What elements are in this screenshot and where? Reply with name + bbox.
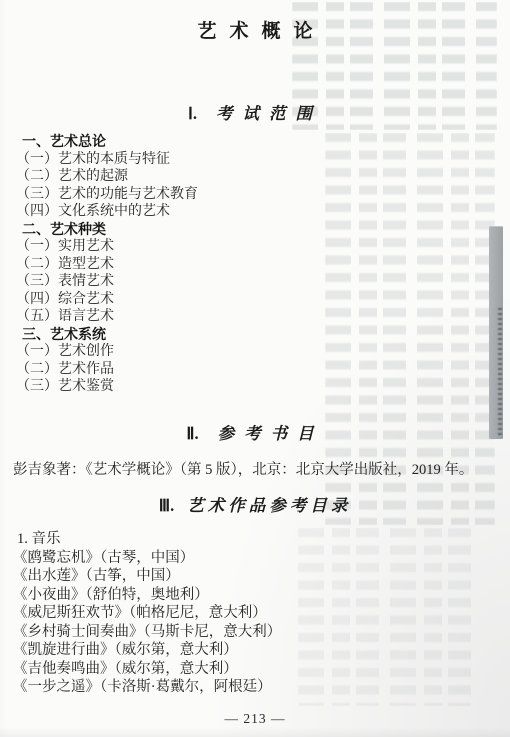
outline-item-text: （五）语言艺术 <box>16 309 114 324</box>
outline-item: （三）表情艺术 <box>0 273 510 291</box>
outline-item-text: （一）艺术的本质与特征 <box>16 152 170 167</box>
section-heading-bibliography: Ⅱ.参考书目 <box>0 420 510 444</box>
outline-item: （一）艺术创作 <box>0 343 510 361</box>
outline-item-text: （二）艺术的起源 <box>16 169 128 184</box>
work-item: 《出水莲》（古筝，中国） <box>0 567 510 586</box>
outline-item-text: （三）艺术的功能与艺术教育 <box>16 187 198 202</box>
outline-item-text: 一、艺术总论 <box>22 133 106 149</box>
outline-item: （二）造型艺术 <box>0 256 510 274</box>
outline-item-text: （一）实用艺术 <box>16 239 114 254</box>
outline-item: （一）实用艺术 <box>0 238 510 256</box>
outline-item-text: （二）艺术作品 <box>16 362 114 377</box>
section-numeral: Ⅲ. <box>159 496 175 515</box>
outline-item: （三）艺术的功能与艺术教育 <box>0 186 510 204</box>
work-item: 《一步之遥》（卡洛斯·葛戴尔，阿根廷） <box>0 678 510 697</box>
outline-item-text: 二、艺术种类 <box>22 221 106 237</box>
work-item: 《小夜曲》（舒伯特，奥地利） <box>0 586 510 605</box>
page-edge-tab-text-marks <box>498 308 502 435</box>
section-heading-exam-scope: Ⅰ.考试范围 <box>0 100 510 124</box>
work-item: 《吉他奏鸣曲》（威尔第，意大利） <box>0 660 510 679</box>
outline-item-text: （三）艺术鉴赏 <box>16 379 114 394</box>
outline-item-text: （四）文化系统中的艺术 <box>16 204 170 219</box>
chapter-title: 艺术概论 <box>0 16 510 43</box>
outline-item-text: （一）艺术创作 <box>16 344 114 359</box>
work-item: 《鸥鹭忘机》（古琴，中国） <box>0 549 510 568</box>
bibliography-line: 彭吉象著：《艺术学概论》（第 5 版），北京：北京大学出版社，2019 年。 <box>13 458 473 479</box>
page-edge-tab <box>489 226 503 439</box>
outline-item: 一、艺术总论 <box>0 133 510 151</box>
work-item: 《威尼斯狂欢节》（帕格尼尼，意大利） <box>0 604 510 623</box>
section-numeral: Ⅰ. <box>188 104 197 123</box>
section-heading-works-catalog: Ⅲ.艺术作品参考目录 <box>0 492 510 516</box>
outline-item-text: （四）综合艺术 <box>16 292 114 307</box>
exam-scope-outline: 一、艺术总论 （一）艺术的本质与特征 （二）艺术的起源 （三）艺术的功能与艺术教… <box>0 133 510 396</box>
outline-item: （二）艺术作品 <box>0 361 510 379</box>
outline-item: （三）艺术鉴赏 <box>0 378 510 396</box>
section-numeral: Ⅱ. <box>186 424 198 443</box>
outline-item: 三、艺术系统 <box>0 326 510 344</box>
section-heading-text: 参考书目 <box>208 424 324 443</box>
outline-item: 二、艺术种类 <box>0 221 510 239</box>
outline-item: （一）艺术的本质与特征 <box>0 151 510 169</box>
outline-item: （五）语言艺术 <box>0 308 510 326</box>
section-heading-text: 考试范围 <box>206 104 322 123</box>
work-item: 《凯旋进行曲》（威尔第，意大利） <box>0 641 510 660</box>
outline-item-text: （二）造型艺术 <box>16 257 114 272</box>
works-catalog: 1. 音乐 《鸥鹭忘机》（古琴，中国） 《出水莲》（古筝，中国） 《小夜曲》（舒… <box>0 530 510 697</box>
outline-item: （四）文化系统中的艺术 <box>0 203 510 221</box>
outline-item: （四）综合艺术 <box>0 291 510 309</box>
page-number: — 213 — <box>0 711 510 727</box>
outline-item-text: （三）表情艺术 <box>16 274 114 289</box>
outline-item-text: 三、艺术系统 <box>22 326 106 342</box>
works-category-label: 1. 音乐 <box>0 530 510 549</box>
works-list: 《鸥鹭忘机》（古琴，中国） 《出水莲》（古筝，中国） 《小夜曲》（舒伯特，奥地利… <box>0 549 510 697</box>
work-item: 《乡村骑士间奏曲》（马斯卡尼，意大利） <box>0 623 510 642</box>
section-heading-text: 艺术作品参考目录 <box>183 496 351 515</box>
outline-item: （二）艺术的起源 <box>0 168 510 186</box>
